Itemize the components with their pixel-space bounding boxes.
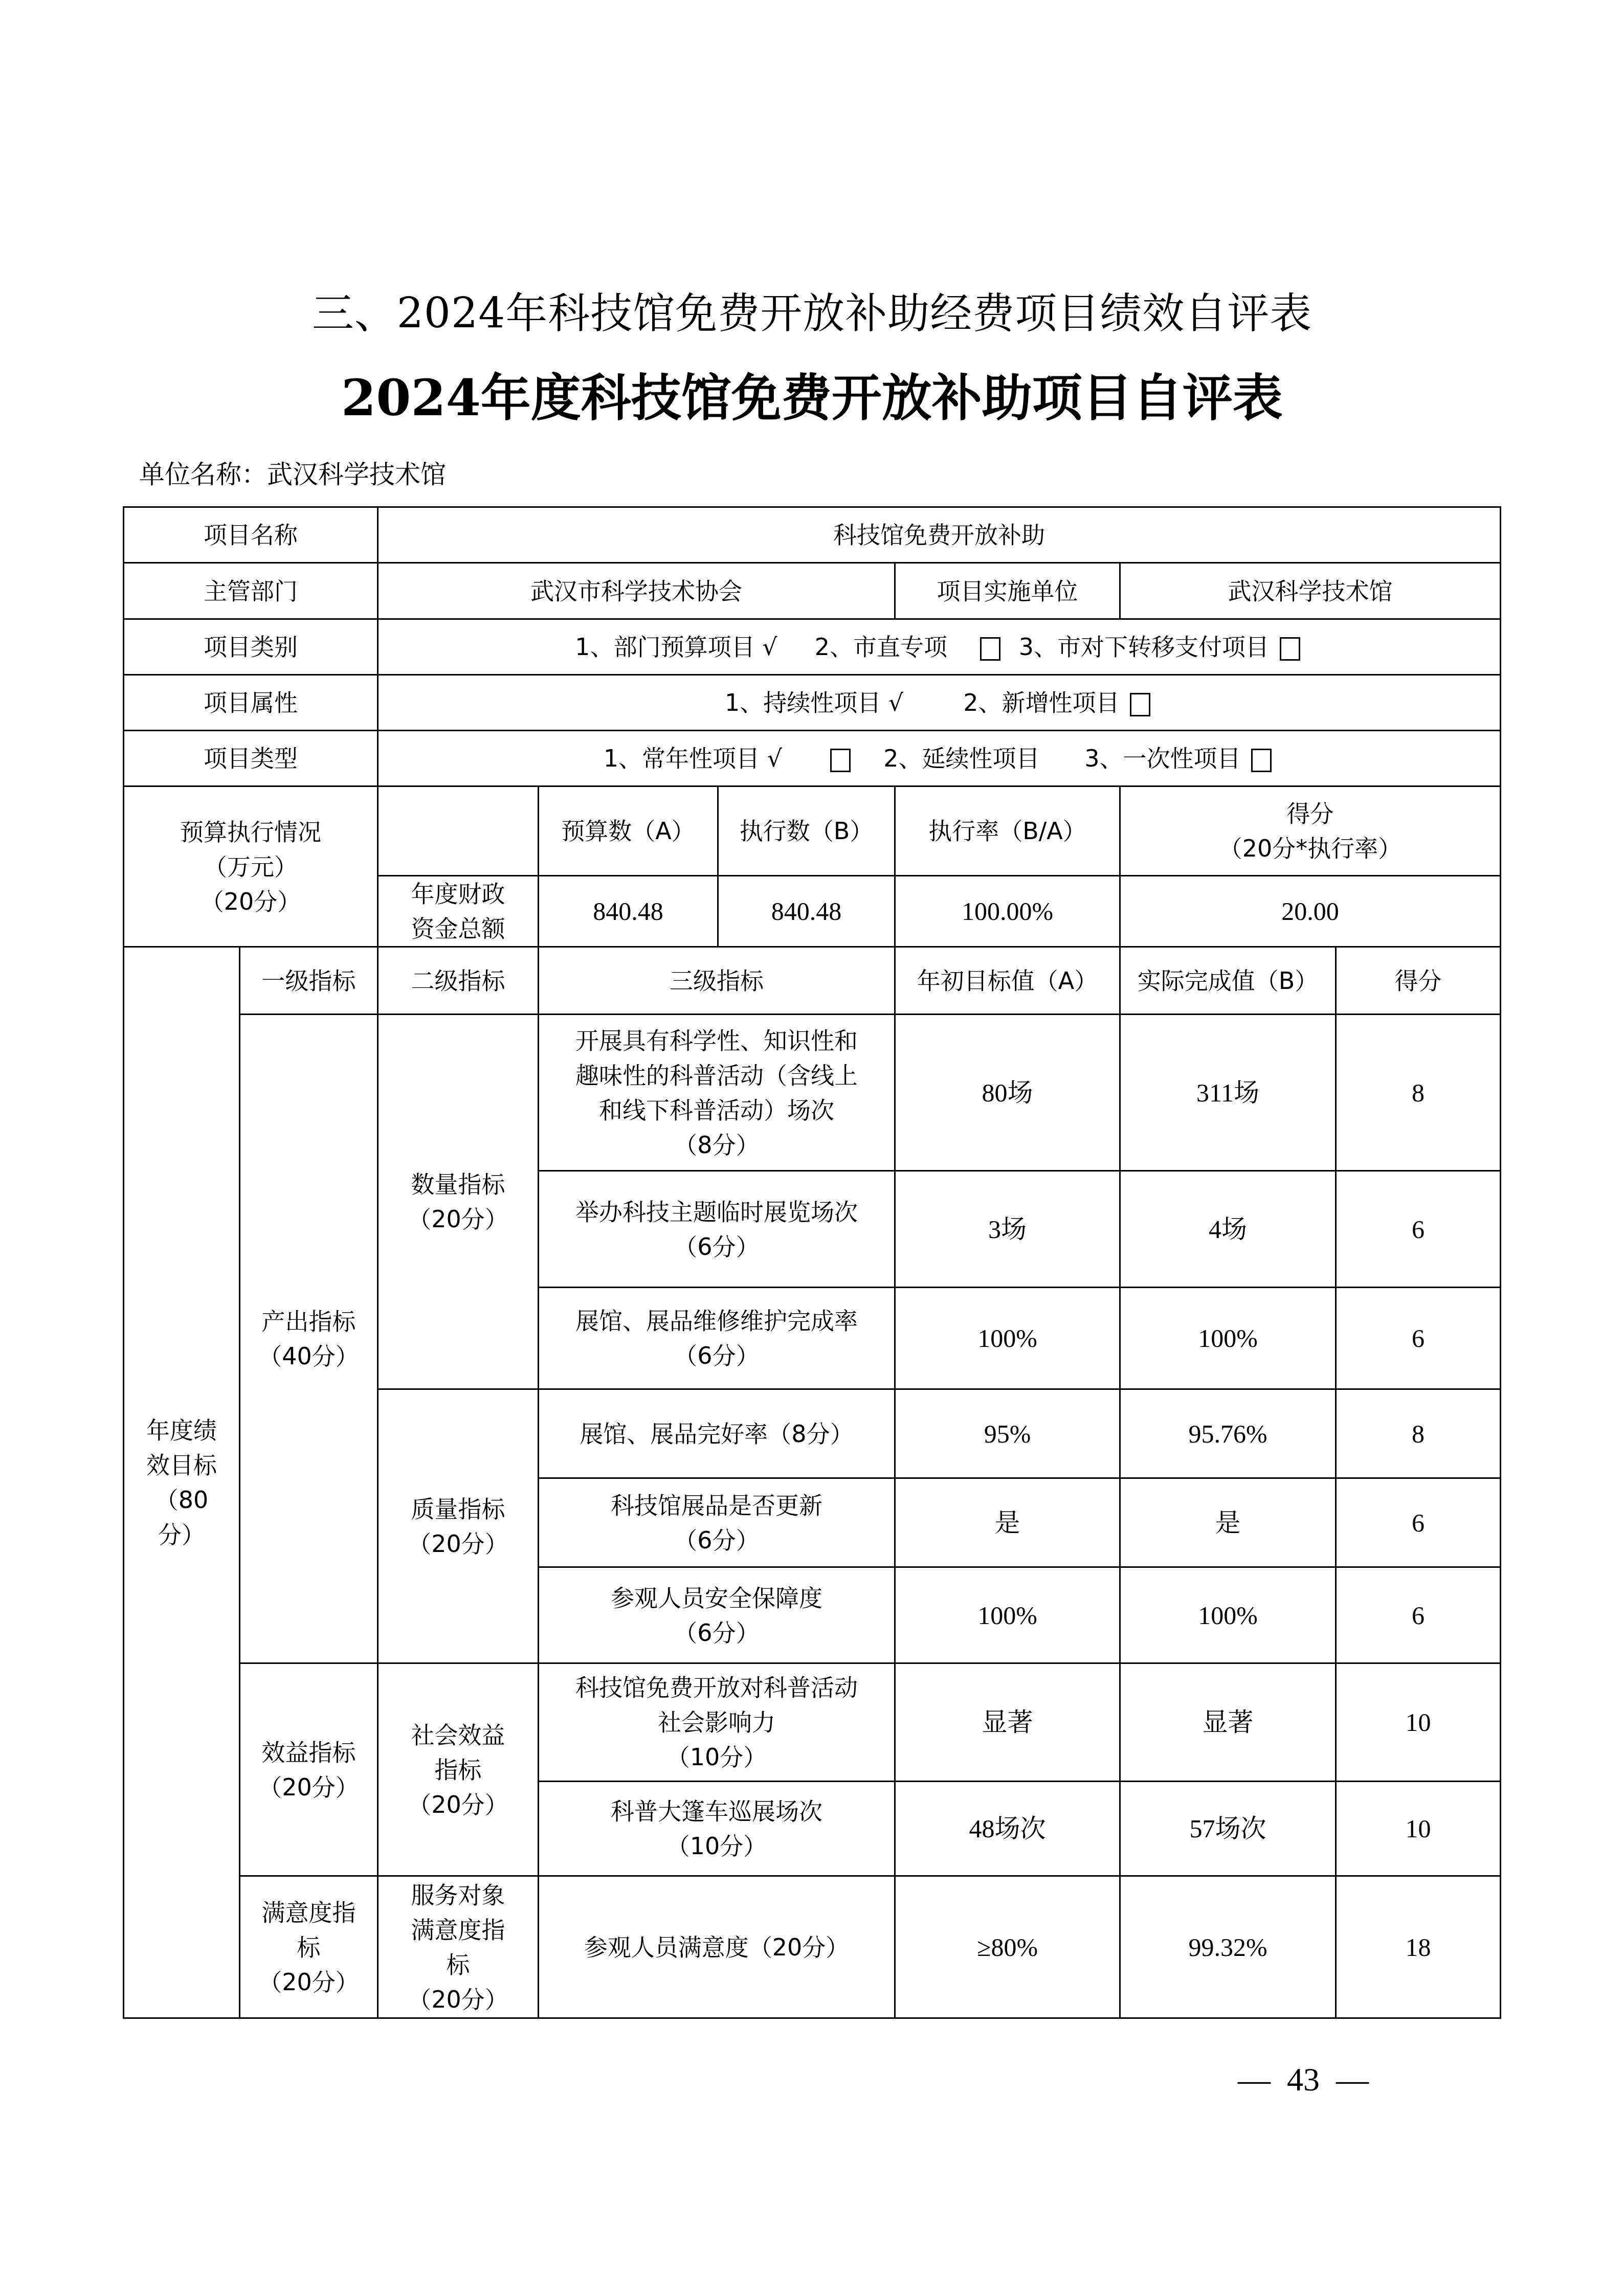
checkmark-icon: √ (762, 633, 777, 661)
header-target: 年初目标值（A） (895, 947, 1120, 1015)
score-value: 6 (1336, 1171, 1501, 1288)
col-score-header: 得分 （20分*执行率） (1120, 786, 1501, 876)
score-value: 6 (1336, 1288, 1501, 1389)
level2-quantity: 数量指标 （20分） (378, 1015, 539, 1389)
header-level2: 二级指标 (378, 947, 539, 1015)
level2-social-benefit: 社会效益 指标 （20分） (378, 1663, 539, 1876)
row-budget-header: 预算执行情况 （万元） （20分） 预算数（A） 执行数（B） 执行率（B/A）… (124, 786, 1501, 876)
col-rate-header: 执行率（B/A） (895, 786, 1120, 876)
actual-value: 4场 (1120, 1171, 1336, 1288)
level3-indicator: 参观人员安全保障度 （6分） (539, 1567, 895, 1663)
level3-indicator: 展馆、展品维修维护完成率 （6分） (539, 1288, 895, 1389)
target-value: 100% (895, 1567, 1120, 1663)
type-option-2: 2、延续性项目 (883, 745, 1039, 772)
level1-satisfaction: 满意度指 标 （20分） (240, 1876, 378, 2018)
self-evaluation-table: 项目名称 科技馆免费开放补助 主管部门 武汉市科学技术协会 项目实施单位 武汉科… (123, 506, 1501, 2019)
level3-indicator: 举办科技主题临时展览场次 （6分） (539, 1171, 895, 1288)
score-value: 8 (1336, 1015, 1501, 1171)
checkmark-icon: √ (888, 689, 903, 716)
actual-value: 95.76% (1120, 1389, 1336, 1478)
level3-indicator: 科技馆展品是否更新 （6分） (539, 1478, 895, 1567)
exec-value: 840.48 (718, 876, 895, 947)
target-value: 显著 (895, 1663, 1120, 1782)
dept-label: 主管部门 (124, 563, 378, 619)
target-value: 3场 (895, 1171, 1120, 1288)
project-name-value: 科技馆免费开放补助 (378, 507, 1501, 563)
type-option-3: 3、一次性项目 (1084, 745, 1240, 772)
level3-indicator: 参观人员满意度（20分） (539, 1876, 895, 2018)
category-option-1: 1、部门预算项目 (575, 633, 754, 661)
fiscal-total-label: 年度财政 资金总额 (378, 876, 539, 947)
target-value: ≥80% (895, 1876, 1120, 2018)
actual-value: 显著 (1120, 1663, 1336, 1782)
category-options: 1、部门预算项目 √ 2、市直专项 3、市对下转移支付项目 (378, 619, 1501, 675)
score-value: 6 (1336, 1567, 1501, 1663)
col-exec-header: 执行数（B） (718, 786, 895, 876)
attribute-option-1: 1、持续性项目 (725, 689, 881, 716)
checkmark-icon: √ (767, 745, 782, 772)
actual-value: 100% (1120, 1288, 1336, 1389)
target-value: 100% (895, 1288, 1120, 1389)
row-category: 项目类别 1、部门预算项目 √ 2、市直专项 3、市对下转移支付项目 (124, 619, 1501, 675)
actual-value: 是 (1120, 1478, 1336, 1567)
rate-value: 100.00% (895, 876, 1120, 947)
budget-value: 840.48 (539, 876, 718, 947)
score-value: 18 (1336, 1876, 1501, 2018)
row-department: 主管部门 武汉市科学技术协会 项目实施单位 武汉科学技术馆 (124, 563, 1501, 619)
header-level3: 三级指标 (539, 947, 895, 1015)
table-row: 效益指标 （20分） 社会效益 指标 （20分） 科技馆免费开放对科普活动 社会… (124, 1663, 1501, 1782)
target-value: 95% (895, 1389, 1120, 1478)
budget-score-value: 20.00 (1120, 876, 1501, 947)
header-level1: 一级指标 (240, 947, 378, 1015)
budget-section-label: 预算执行情况 （万元） （20分） (124, 786, 378, 947)
table-row: 产出指标 （40分） 数量指标 （20分） 开展具有科学性、知识性和 趣味性的科… (124, 1015, 1501, 1171)
table-row: 满意度指 标 （20分） 服务对象 满意度指 标 （20分） 参观人员满意度（2… (124, 1876, 1501, 2018)
form-title: 2024年度科技馆免费开放补助项目自评表 (0, 358, 1624, 430)
header-actual: 实际完成值（B） (1120, 947, 1336, 1015)
annual-goal-label: 年度绩 效目标 （80 分） (124, 947, 240, 2018)
checkbox-empty-icon (830, 749, 851, 772)
level1-output: 产出指标 （40分） (240, 1015, 378, 1663)
section-title: 三、2024年科技馆免费开放补助经费项目绩效自评表 (0, 280, 1624, 340)
level3-indicator: 展馆、展品完好率（8分） (539, 1389, 895, 1478)
impl-unit-value: 武汉科学技术馆 (1120, 563, 1501, 619)
score-value: 10 (1336, 1663, 1501, 1782)
score-value: 6 (1336, 1478, 1501, 1567)
type-option-1: 1、常年性项目 (604, 745, 760, 772)
target-value: 是 (895, 1478, 1120, 1567)
dept-value: 武汉市科学技术协会 (378, 563, 895, 619)
row-indicator-header: 年度绩 效目标 （80 分） 一级指标 二级指标 三级指标 年初目标值（A） 实… (124, 947, 1501, 1015)
checkbox-empty-icon (1280, 637, 1300, 661)
impl-unit-label: 项目实施单位 (895, 563, 1120, 619)
col-budget-header: 预算数（A） (539, 786, 718, 876)
level3-indicator: 开展具有科学性、知识性和 趣味性的科普活动（含线上 和线下科普活动）场次 （8分… (539, 1015, 895, 1171)
header-score: 得分 (1336, 947, 1501, 1015)
row-attribute: 项目属性 1、持续性项目 √ 2、新增性项目 (124, 675, 1501, 731)
unit-label: 单位名称：武汉科学技术馆 (139, 454, 446, 491)
category-label: 项目类别 (124, 619, 378, 675)
category-option-3: 3、市对下转移支付项目 (1019, 633, 1269, 661)
checkbox-empty-icon (1251, 749, 1272, 772)
level1-benefit: 效益指标 （20分） (240, 1663, 378, 1876)
score-value: 10 (1336, 1782, 1501, 1876)
actual-value: 311场 (1120, 1015, 1336, 1171)
checkbox-empty-icon (980, 637, 1000, 661)
actual-value: 99.32% (1120, 1876, 1336, 2018)
level2-service-satisfaction: 服务对象 满意度指 标 （20分） (378, 1876, 539, 2018)
checkbox-empty-icon (1130, 693, 1150, 716)
row-project-name: 项目名称 科技馆免费开放补助 (124, 507, 1501, 563)
target-value: 48场次 (895, 1782, 1120, 1876)
project-name-label: 项目名称 (124, 507, 378, 563)
target-value: 80场 (895, 1015, 1120, 1171)
score-value: 8 (1336, 1389, 1501, 1478)
attribute-option-2: 2、新增性项目 (963, 689, 1119, 716)
attribute-label: 项目属性 (124, 675, 378, 731)
level3-indicator: 科普大篷车巡展场次 （10分） (539, 1782, 895, 1876)
actual-value: 57场次 (1120, 1782, 1336, 1876)
level2-quality: 质量指标 （20分） (378, 1389, 539, 1663)
type-label: 项目类型 (124, 731, 378, 786)
type-options: 1、常年性项目 √ 2、延续性项目 3、一次性项目 (378, 731, 1501, 786)
row-type: 项目类型 1、常年性项目 √ 2、延续性项目 3、一次性项目 (124, 731, 1501, 786)
page-number: — 43 — (1238, 2061, 1369, 2099)
category-option-2: 2、市直专项 (815, 633, 947, 661)
attribute-options: 1、持续性项目 √ 2、新增性项目 (378, 675, 1501, 731)
actual-value: 100% (1120, 1567, 1336, 1663)
level3-indicator: 科技馆免费开放对科普活动 社会影响力 （10分） (539, 1663, 895, 1782)
budget-blank-cell (378, 786, 539, 876)
